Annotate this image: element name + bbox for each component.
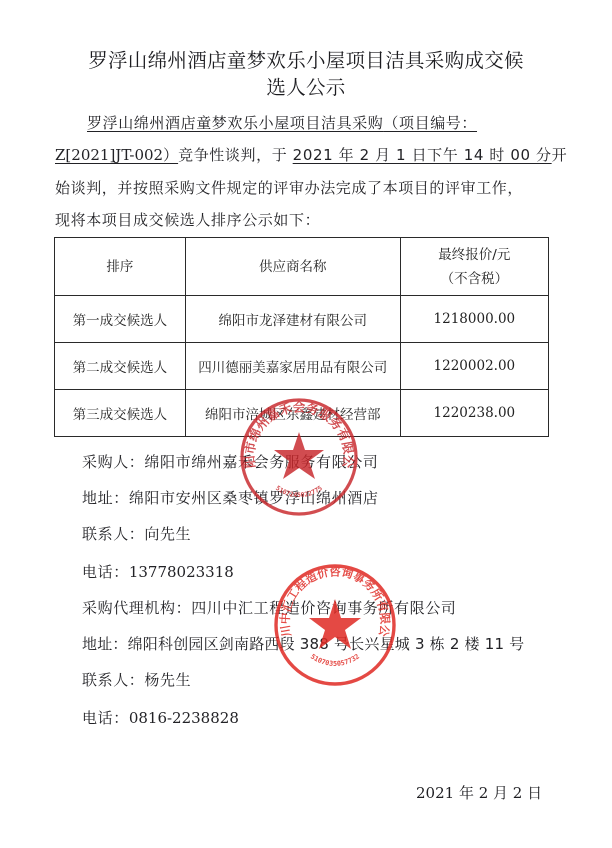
agency-contact-line: 联系人：杨先生 — [82, 669, 191, 690]
header-rank: 排序 — [55, 238, 186, 296]
rank-cell: 第二成交候选人 — [55, 343, 186, 390]
purchaser-contact-line: 联系人：向先生 — [82, 523, 191, 544]
purchaser-phone: 13778023318 — [129, 563, 234, 581]
negotiation-datetime: 2021 年 2 月 1 日下午 14 时 00 分 — [293, 146, 552, 164]
header-price-note: （不含税） — [401, 267, 548, 291]
price-cell: 1220002.00 — [400, 343, 548, 390]
table-header-row: 排序 供应商名称 最终报价/元 （不含税） — [55, 238, 549, 296]
rank-cell: 第三成交候选人 — [55, 390, 186, 437]
agency-contact-label: 联系人： — [82, 671, 144, 689]
price-cell: 1220238.00 — [400, 390, 548, 437]
document-title-line2: 选人公示 — [0, 72, 612, 100]
agency-address: 绵阳科创园区剑南路西段 388 号长兴星城 3 栋 2 楼 11 号 — [128, 635, 525, 653]
procurement-method: 竞争性谈判，于 — [178, 146, 293, 164]
header-supplier: 供应商名称 — [185, 238, 400, 296]
intro-continuation: 开 — [552, 146, 568, 164]
table-row: 第一成交候选人 绵阳市龙泽建材有限公司 1218000.00 — [55, 296, 549, 343]
purchaser-address: 绵阳市安州区桑枣镇罗浮山绵州酒店 — [129, 489, 379, 507]
agency-phone: 0816-2238828 — [129, 709, 239, 727]
agency-name-line: 采购代理机构：四川中汇工程造价咨询事务所有限公司 — [82, 597, 456, 618]
agency-contact: 杨先生 — [144, 671, 191, 689]
purchaser-address-label: 地址： — [82, 489, 129, 507]
document-title-line1: 罗浮山绵州酒店童梦欢乐小屋项目洁具采购成交候 — [0, 45, 612, 73]
header-price: 最终报价/元 （不含税） — [400, 238, 548, 296]
svg-text:5107035057732: 5107035057732 — [309, 652, 361, 667]
agency-label: 采购代理机构： — [82, 599, 191, 617]
stamp2-code: 5107035057732 — [309, 652, 361, 667]
announcement-date: 2021 年 2 月 2 日 — [416, 782, 542, 803]
intro-line-4: 现将本项目成交候选人排序公示如下： — [55, 209, 320, 230]
supplier-cell: 绵阳市涪城区东鑫建材经营部 — [185, 390, 400, 437]
purchaser-name-line: 采购人：绵阳市绵州嘉禾会务服务有限公司 — [82, 451, 378, 472]
agency-phone-label: 电话： — [82, 709, 129, 727]
intro-line-3: 始谈判，并按照采购文件规定的评审办法完成了本项目的评审工作， — [55, 177, 523, 198]
purchaser-label: 采购人： — [82, 453, 144, 471]
header-price-label: 最终报价/元 — [401, 243, 548, 267]
table-row: 第二成交候选人 四川德丽美嘉家居用品有限公司 1220002.00 — [55, 343, 549, 390]
candidates-table: 排序 供应商名称 最终报价/元 （不含税） 第一成交候选人 绵阳市龙泽建材有限公… — [54, 237, 549, 437]
project-number-label: （项目编号： — [383, 114, 477, 132]
agency-address-label: 地址： — [82, 635, 128, 653]
purchaser-contact: 向先生 — [144, 525, 191, 543]
purchaser-phone-line: 电话：13778023318 — [82, 561, 234, 582]
agency-phone-line: 电话：0816-2238828 — [82, 707, 239, 728]
agency-name: 四川中汇工程造价咨询事务所有限公司 — [191, 599, 456, 617]
price-cell: 1218000.00 — [400, 296, 548, 343]
agency-address-line: 地址：绵阳科创园区剑南路西段 388 号长兴星城 3 栋 2 楼 11 号 — [82, 633, 524, 654]
rank-cell: 第一成交候选人 — [55, 296, 186, 343]
purchaser-name: 绵阳市绵州嘉禾会务服务有限公司 — [144, 453, 378, 471]
purchaser-address-line: 地址：绵阳市安州区桑枣镇罗浮山绵州酒店 — [82, 487, 378, 508]
intro-line-2: Z[2021]JT-002）竞争性谈判，于 2021 年 2 月 1 日下午 1… — [55, 144, 567, 165]
purchaser-phone-label: 电话： — [82, 563, 129, 581]
table-row: 第三成交候选人 绵阳市涪城区东鑫建材经营部 1220238.00 — [55, 390, 549, 437]
supplier-cell: 四川德丽美嘉家居用品有限公司 — [185, 343, 400, 390]
purchaser-contact-label: 联系人： — [82, 525, 144, 543]
project-name: 罗浮山绵州酒店童梦欢乐小屋项目洁具采购 — [87, 114, 383, 132]
agency-seal-stamp: 四川中汇工程造价咨询事务所有限公司 5107035057732 — [273, 563, 397, 687]
supplier-cell: 绵阳市龙泽建材有限公司 — [185, 296, 400, 343]
project-number: Z[2021]JT-002） — [55, 146, 178, 164]
intro-line-1: 罗浮山绵州酒店童梦欢乐小屋项目洁具采购（项目编号： — [87, 112, 477, 133]
